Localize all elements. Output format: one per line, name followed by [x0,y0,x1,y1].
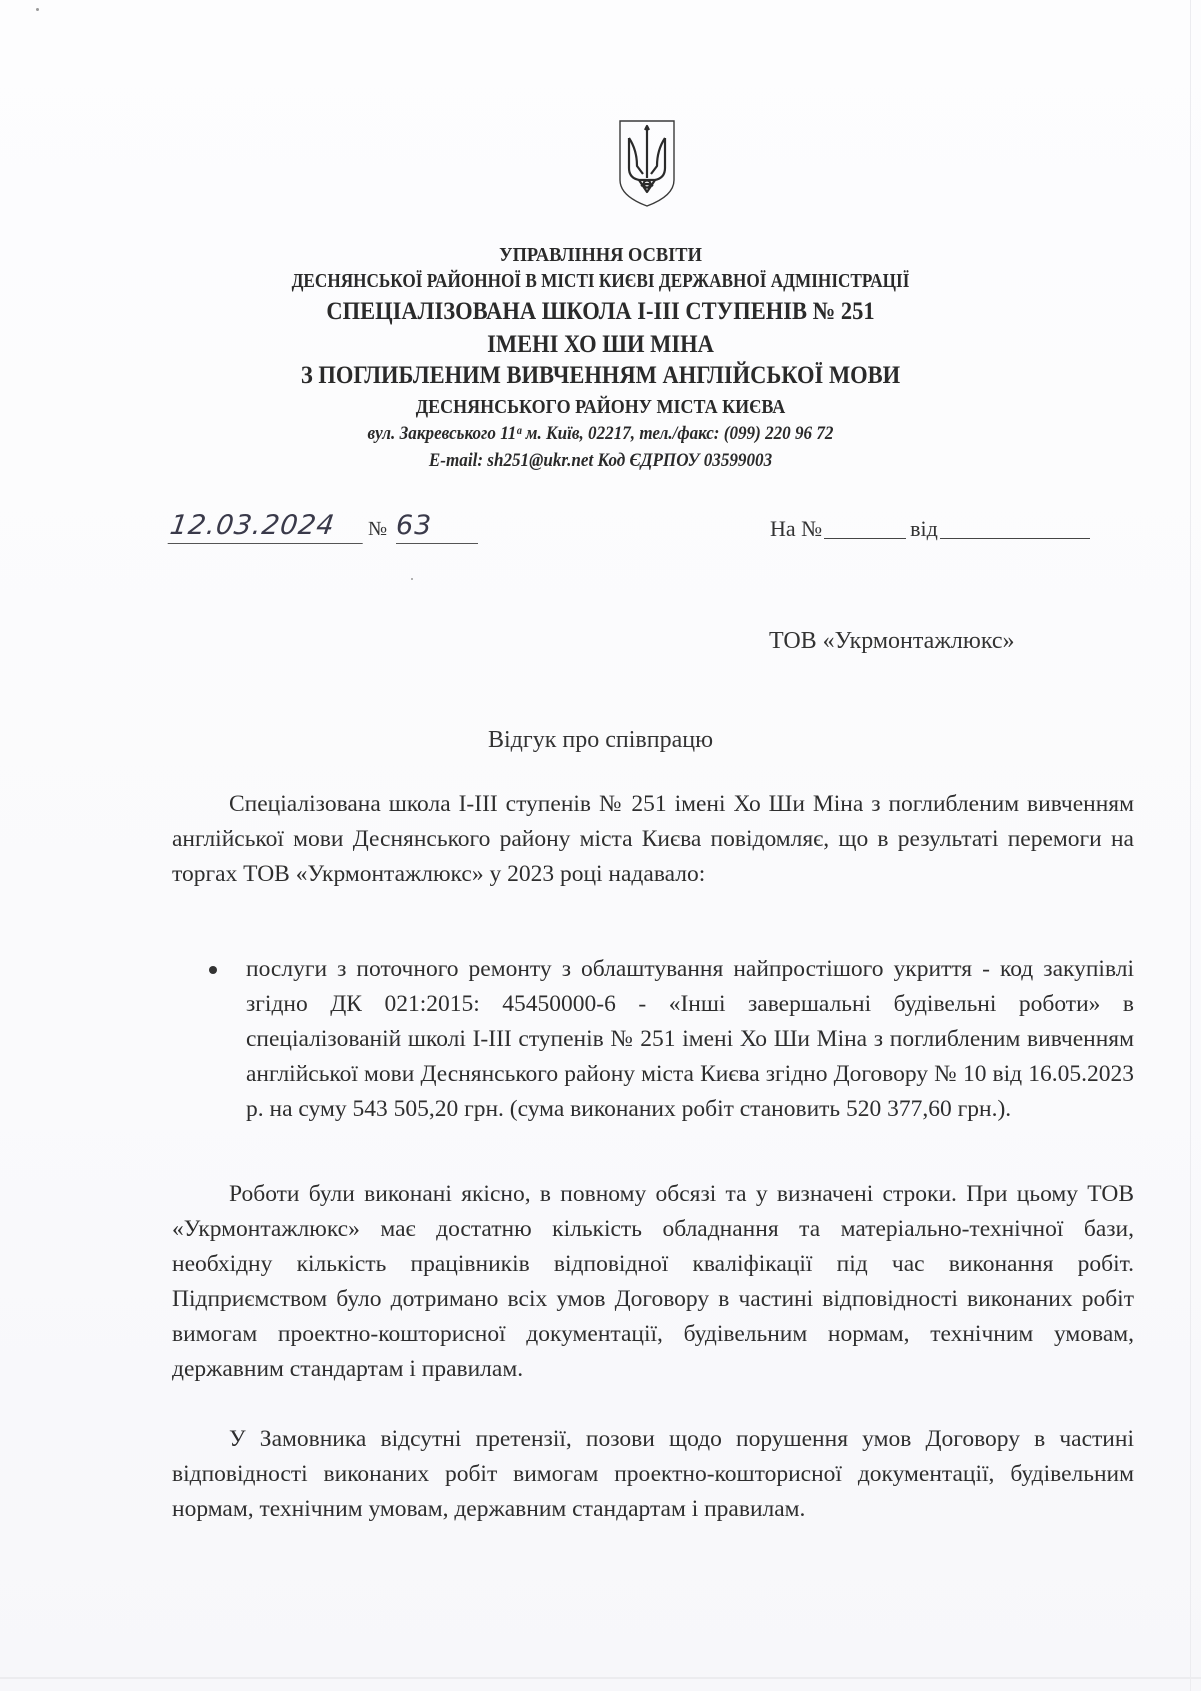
school-district: ДЕСНЯНСЬКОГО РАЙОНУ МІСТА КИЄВА [60,396,1141,419]
outgoing-number: 63 [396,510,478,544]
body-paragraph-claims: У Замовника відсутні претензії, позови щ… [172,1422,1134,1527]
department-name: УПРАВЛІННЯ ОСВІТИ [48,244,1153,267]
trident-coat-of-arms-icon [617,118,677,208]
school-address: вул. Закревського 11ᵃ м. Київ, 02217, те… [60,423,1141,445]
page-edge-right [1190,0,1191,1691]
number-sign-label: № [368,518,387,541]
school-namesake: ІМЕНІ ХО ШИ МІНА [60,331,1141,359]
school-contacts: E-mail: sh251@ukr.net Код ЄДРПОУ 0359900… [60,450,1141,472]
scan-speck [411,578,413,580]
outgoing-date: 12.03.2024 [168,510,368,544]
incoming-reference: На № від [770,516,1094,542]
document-title: Відгук про співпрацю [0,727,1201,754]
recipient: ТОВ «Укрмонтажлюкс» [769,628,1015,655]
bullet-icon [209,966,217,974]
scan-speck [36,8,39,11]
incoming-date-label: від [910,516,938,542]
incoming-number-blank [824,518,906,539]
body-paragraph-quality: Роботи були виконані якісно, в повному о… [172,1177,1134,1387]
list-item: послуги з поточного ремонту з облаштуван… [246,952,1134,1127]
school-specialization: З ПОГЛИБЛЕНИМ ВИВЧЕННЯМ АНГЛІЙСЬКОЇ МОВИ [60,362,1141,390]
body-paragraph-intro: Спеціалізована школа І-ІІІ ступенів № 25… [172,787,1134,892]
page-edge-bottom [0,1677,1201,1679]
administration-name: ДЕСНЯНСЬКОЇ РАЙОННОЇ В МІСТІ КИЄВІ ДЕРЖА… [84,270,1117,293]
incoming-number-label: На № [770,516,822,542]
school-name: СПЕЦІАЛІЗОВАНА ШКОЛА І-ІІІ СТУПЕНІВ № 25… [60,298,1141,326]
document-page: УПРАВЛІННЯ ОСВІТИ ДЕСНЯНСЬКОЇ РАЙОННОЇ В… [0,0,1201,1691]
incoming-date-blank [940,518,1090,539]
